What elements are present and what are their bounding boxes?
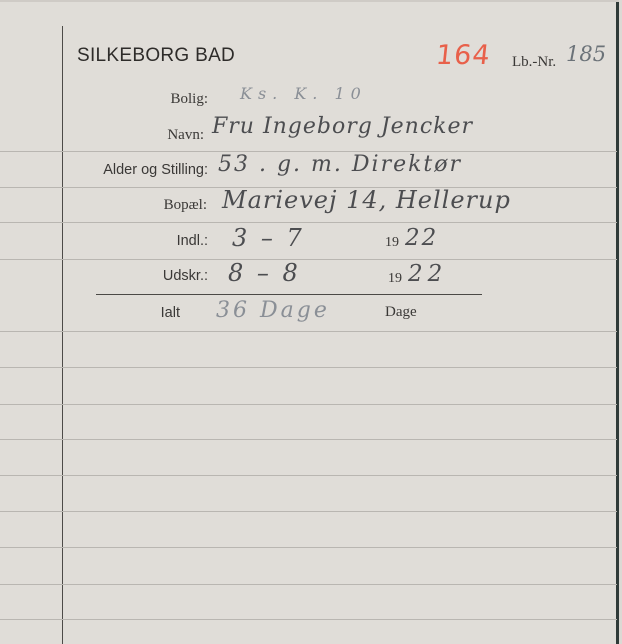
ialt-value: 36 Dage [216, 298, 330, 323]
ruled-line [0, 511, 617, 512]
ruled-line [0, 222, 617, 223]
udskr-year-suffix: 22 [408, 261, 447, 287]
bolig-value: Ks. K. 10 [240, 84, 367, 103]
alder-stilling-value: 53 . g. m. Direktør [218, 152, 462, 177]
bolig-label: Bolig: [120, 91, 208, 108]
bopael-label: Bopæl: [120, 197, 207, 214]
sum-line [96, 294, 482, 295]
card-title: SILKEBORG BAD [77, 45, 235, 67]
bopael-value: Marievej 14, Hellerup [222, 186, 511, 214]
ruled-line [0, 547, 617, 548]
indl-year-suffix: 22 [405, 225, 438, 251]
indl-date: 3 – 7 [232, 224, 305, 252]
ruled-line [0, 331, 617, 332]
dage-unit-label: Dage [385, 304, 417, 321]
ruled-line [0, 475, 617, 476]
indl-year-prefix: 19 [385, 235, 399, 251]
udskr-label: Udskr.: [120, 268, 208, 284]
navn-value: Fru Ingeborg Jencker [212, 114, 473, 139]
red-stamp-number: 164 [434, 40, 492, 71]
ruled-line [0, 619, 617, 620]
indl-label: Indl.: [120, 233, 208, 249]
ruled-line [0, 367, 617, 368]
lb-nr-label: Lb.-Nr. [512, 54, 556, 71]
ialt-label: Ialt [140, 305, 180, 321]
udskr-year-prefix: 19 [388, 271, 402, 287]
ruled-line [0, 404, 617, 405]
alder-stilling-label: Alder og Stilling: [60, 162, 208, 178]
ruled-line [0, 584, 617, 585]
lb-nr-value: 185 [566, 42, 606, 66]
ruled-line [0, 259, 617, 260]
margin-line [62, 26, 63, 644]
udskr-date: 8 – 8 [228, 259, 301, 287]
ruled-line [0, 439, 617, 440]
navn-label: Navn: [120, 127, 204, 144]
registration-card: SILKEBORG BAD 164 Lb.-Nr. 185 Bolig: Ks.… [0, 0, 619, 644]
